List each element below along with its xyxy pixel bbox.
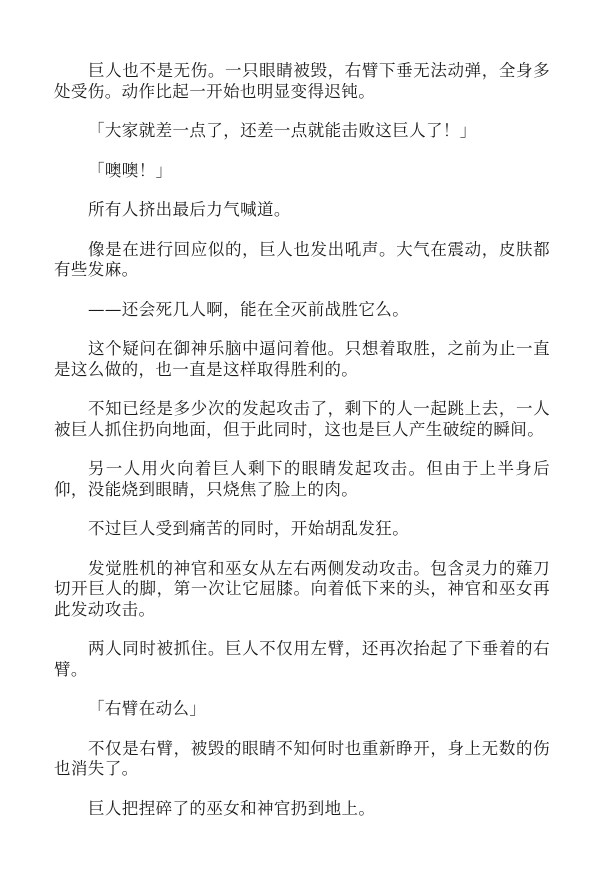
paragraph-question: 这个疑问在御神乐脑中逼问着他。只想着取胜，之前为止一直是这么做的，也一直是这样取… (54, 339, 550, 380)
paragraph-giant-wounded: 巨人也不是无伤。一只眼睛被毁，右臂下垂无法动弹，全身多处受伤。动作比起一开始也明… (54, 61, 550, 102)
paragraph-everyone-shouts: 所有人挤出最后力气喊道。 (54, 200, 550, 221)
paragraph-inner-thought: ——还会死几人啊，能在全灭前战胜它么。 (54, 300, 550, 321)
paragraph-giant-roars: 像是在进行回应似的，巨人也发出吼声。大气在震动，皮肤都有些发麻。 (54, 240, 550, 281)
paragraph-priests-attack: 发觉胜机的神官和巫女从左右两侧发动攻击。包含灵力的薙刀切开巨人的脚，第一次让它屈… (54, 559, 550, 621)
paragraph-both-caught: 两人同时被抓住。巨人不仅用左臂，还再次抬起了下垂着的右臂。 (54, 639, 550, 680)
document-page: 巨人也不是无伤。一只眼睛被毁，右臂下垂无法动弹，全身多处受伤。动作比起一开始也明… (54, 61, 550, 838)
paragraph-fire-attack: 另一人用火向着巨人剩下的眼睛发起攻击。但由于上半身后仰，没能烧到眼睛，只烧焦了脸… (54, 459, 550, 500)
paragraph-dialogue-ooh: 「噢噢！」 (54, 161, 550, 182)
paragraph-dialogue-almost-there: 「大家就差一点了，还差一点就能击败这巨人了！」 (54, 121, 550, 142)
paragraph-giant-rampages: 不过巨人受到痛苦的同时，开始胡乱发狂。 (54, 519, 550, 540)
paragraph-attack: 不知已经是多少次的发起攻击了，剩下的人一起跳上去，一人被巨人抓住扔向地面，但于此… (54, 399, 550, 440)
paragraph-dialogue-right-arm: 「右臂在动么」 (54, 699, 550, 720)
paragraph-thrown-to-ground: 巨人把捏碎了的巫女和神官扔到地上。 (54, 799, 550, 820)
paragraph-wounds-healed: 不仅是右臂，被毁的眼睛不知何时也重新睁开，身上无数的伤也消失了。 (54, 739, 550, 780)
